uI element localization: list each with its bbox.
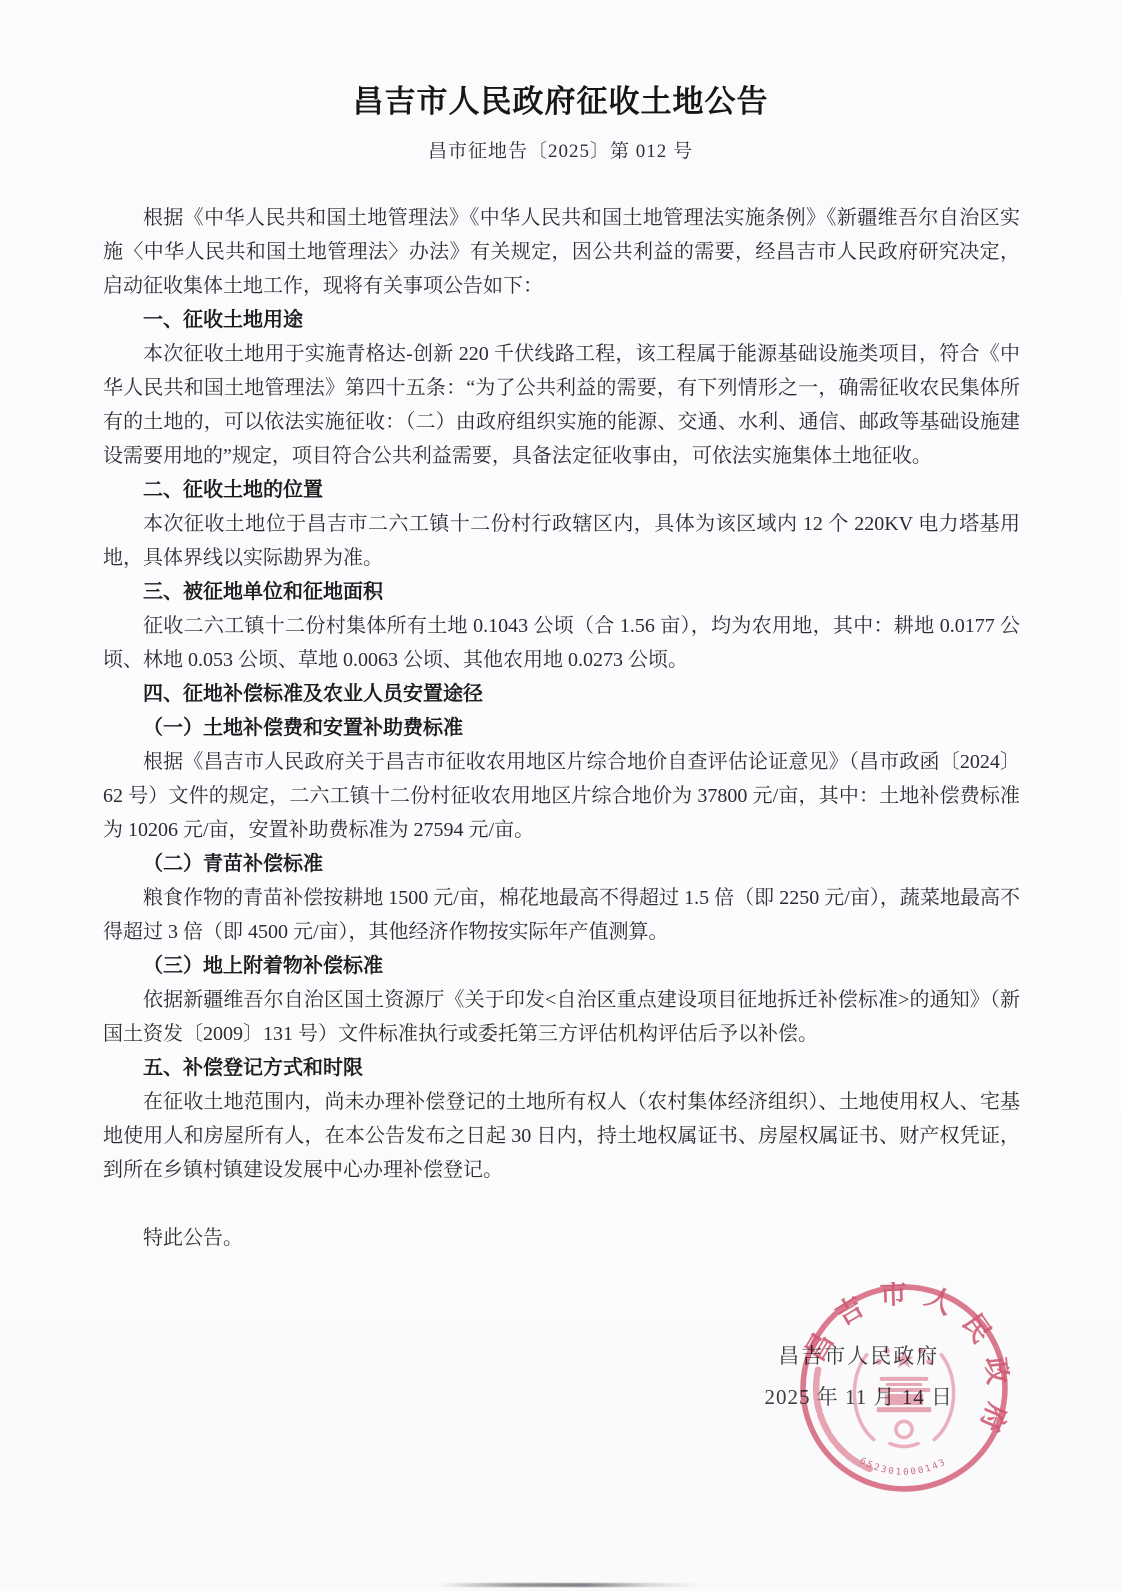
section-heading: 一、征收土地用途 xyxy=(103,303,1020,337)
section-heading: （一）土地补偿费和安置补助费标准 xyxy=(103,711,1020,745)
document-page: 昌吉市人民政府征收土地公告 昌市征地告〔2025〕第 012 号 根据《中华人民… xyxy=(0,0,1121,1591)
national-emblem-icon xyxy=(854,1348,953,1447)
seal-arc-text: 昌吉市人民政府 xyxy=(799,1282,1010,1450)
body-paragraph: 依据新疆维吾尔自治区国土资源厅《关于印发<自治区重点建设项目征地拆迁补偿标准>的… xyxy=(103,983,1020,1051)
body-paragraph: 征收二六工镇十二份村集体所有土地 0.1043 公顷（合 1.56 亩），均为农… xyxy=(103,609,1020,677)
section-heading: （三）地上附着物补偿标准 xyxy=(103,949,1020,983)
body-paragraph: 本次征收土地位于昌吉市二六工镇十二份村行政辖区内，具体为该区域内 12 个 22… xyxy=(103,507,1020,575)
section-heading: 三、被征地单位和征地面积 xyxy=(103,575,1020,609)
section-heading: 五、补偿登记方式和时限 xyxy=(103,1051,1020,1085)
document-number: 昌市征地告〔2025〕第 012 号 xyxy=(0,136,1121,163)
body-paragraph: 根据《中华人民共和国土地管理法》《中华人民共和国土地管理法实施条例》《新疆维吾尔… xyxy=(103,201,1020,303)
closing-phrase: 特此公告。 xyxy=(103,1221,1020,1255)
body-paragraph: 本次征收土地用于实施青格达-创新 220 千伏线路工程，该工程属于能源基础设施类… xyxy=(103,337,1020,473)
body-paragraph: 粮食作物的青苗补偿按耕地 1500 元/亩，棉花地最高不得超过 1.5 倍（即 … xyxy=(103,881,1020,949)
section-heading: 四、征地补偿标准及农业人员安置途径 xyxy=(103,677,1020,711)
document-title: 昌吉市人民政府征收土地公告 xyxy=(0,0,1121,121)
document-body: 根据《中华人民共和国土地管理法》《中华人民共和国土地管理法实施条例》《新疆维吾尔… xyxy=(103,201,1020,1187)
body-paragraph: 在征收土地范围内，尚未办理补偿登记的土地所有权人（农村集体经济组织）、土地使用权… xyxy=(103,1085,1020,1187)
scan-artifact xyxy=(438,1583,703,1587)
official-seal-icon: 昌吉市人民政府 652301000143 xyxy=(798,1282,1010,1494)
section-heading: 二、征收土地的位置 xyxy=(103,473,1020,507)
section-heading: （二）青苗补偿标准 xyxy=(103,847,1020,881)
body-paragraph: 根据《昌吉市人民政府关于昌吉市征收农用地区片综合地价自查评估论证意见》（昌市政函… xyxy=(103,745,1020,847)
